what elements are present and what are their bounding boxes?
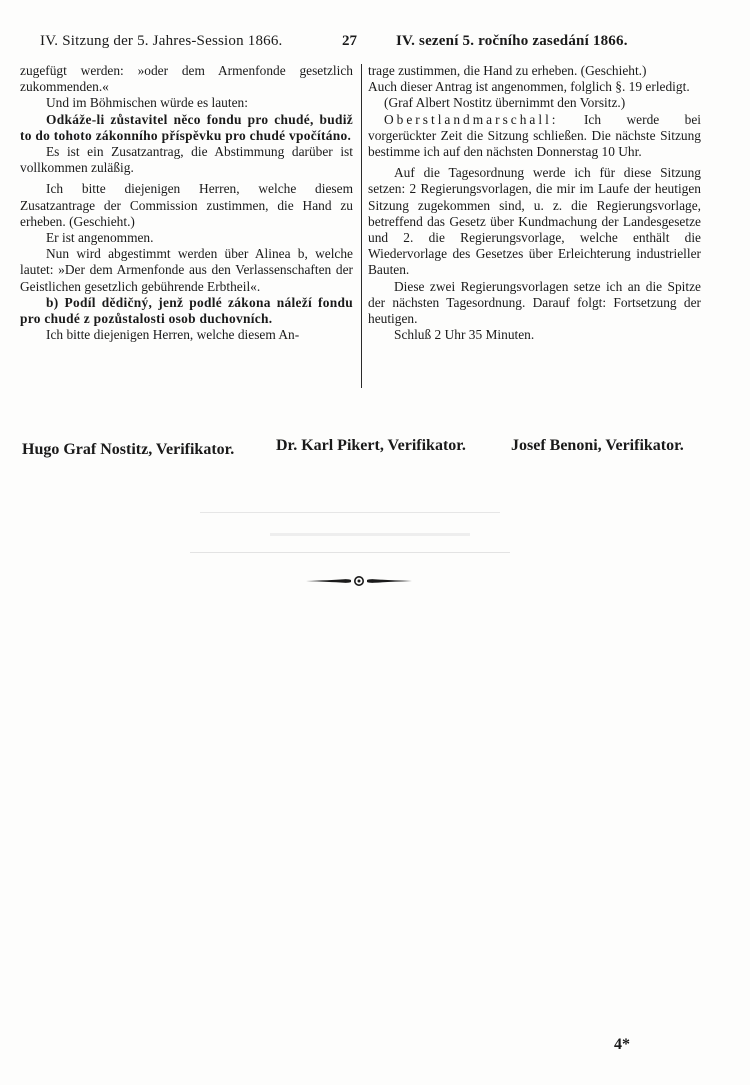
- paragraph: Auf die Tagesordnung werde ich für diese…: [368, 165, 701, 278]
- paragraph: Ich bitte diejenigen Herren, welche dies…: [20, 327, 353, 343]
- running-head-german: IV. Sitzung der 5. Jahres-Session 1866.: [40, 33, 283, 50]
- signature: Hugo Graf Nostitz, Verifikator.: [22, 441, 234, 459]
- paragraph: Es ist ein Zusatzantrag, die Abstimmung …: [20, 144, 353, 176]
- bleed-through-line: [190, 552, 510, 553]
- paragraph-czech: Odkáže-li zůstavitel něco fondu pro chud…: [20, 112, 353, 144]
- signature: Dr. Karl Pikert, Verifikator.: [276, 437, 466, 455]
- speech-paragraph: Oberstlandmarschall: Ich werde bei vorge…: [368, 112, 701, 161]
- paragraph: Auch dieser Antrag ist angenommen, folgl…: [368, 79, 701, 95]
- speaker-name: Oberstlandmarschall:: [384, 112, 559, 127]
- left-column: zugefügt werden: »oder dem Armenfonde ge…: [20, 63, 353, 343]
- bleed-through-line: [200, 512, 500, 513]
- paragraph: Diese zwei Regierungsvorlagen setze ich …: [368, 279, 701, 328]
- closing-time: Schluß 2 Uhr 35 Minuten.: [368, 327, 701, 343]
- stage-direction: (Graf Albert Nostitz übernimmt den Vorsi…: [368, 95, 701, 111]
- fleuron-rule-icon: [304, 575, 414, 587]
- bleed-through-text: [270, 533, 470, 536]
- signature-mark: 4*: [614, 1036, 630, 1054]
- signature: Josef Benoni, Verifikator.: [511, 437, 684, 455]
- paragraph: Und im Böhmischen würde es lauten:: [20, 95, 353, 111]
- paragraph: trage zustimmen, die Hand zu erheben. (G…: [368, 63, 701, 79]
- paragraph: Ich bitte diejenigen Herren, welche dies…: [20, 181, 353, 230]
- column-divider: [361, 64, 362, 388]
- paragraph-czech: b) Podíl dědičný, jenž podlé zákona nále…: [20, 295, 353, 327]
- signatures: Hugo Graf Nostitz, Verifikator. Dr. Karl…: [20, 437, 710, 461]
- running-head-czech: IV. sezení 5. ročního zasedání 1866.: [396, 33, 628, 50]
- paragraph: Nun wird abgestimmt werden über Alinea b…: [20, 246, 353, 295]
- right-column: trage zustimmen, die Hand zu erheben. (G…: [368, 63, 701, 343]
- document-page: IV. Sitzung der 5. Jahres-Session 1866. …: [0, 0, 750, 1085]
- paragraph: Er ist angenommen.: [20, 230, 353, 246]
- paragraph: zugefügt werden: »oder dem Armenfonde ge…: [20, 63, 353, 95]
- page-number: 27: [342, 33, 357, 50]
- running-head: IV. Sitzung der 5. Jahres-Session 1866. …: [40, 33, 720, 55]
